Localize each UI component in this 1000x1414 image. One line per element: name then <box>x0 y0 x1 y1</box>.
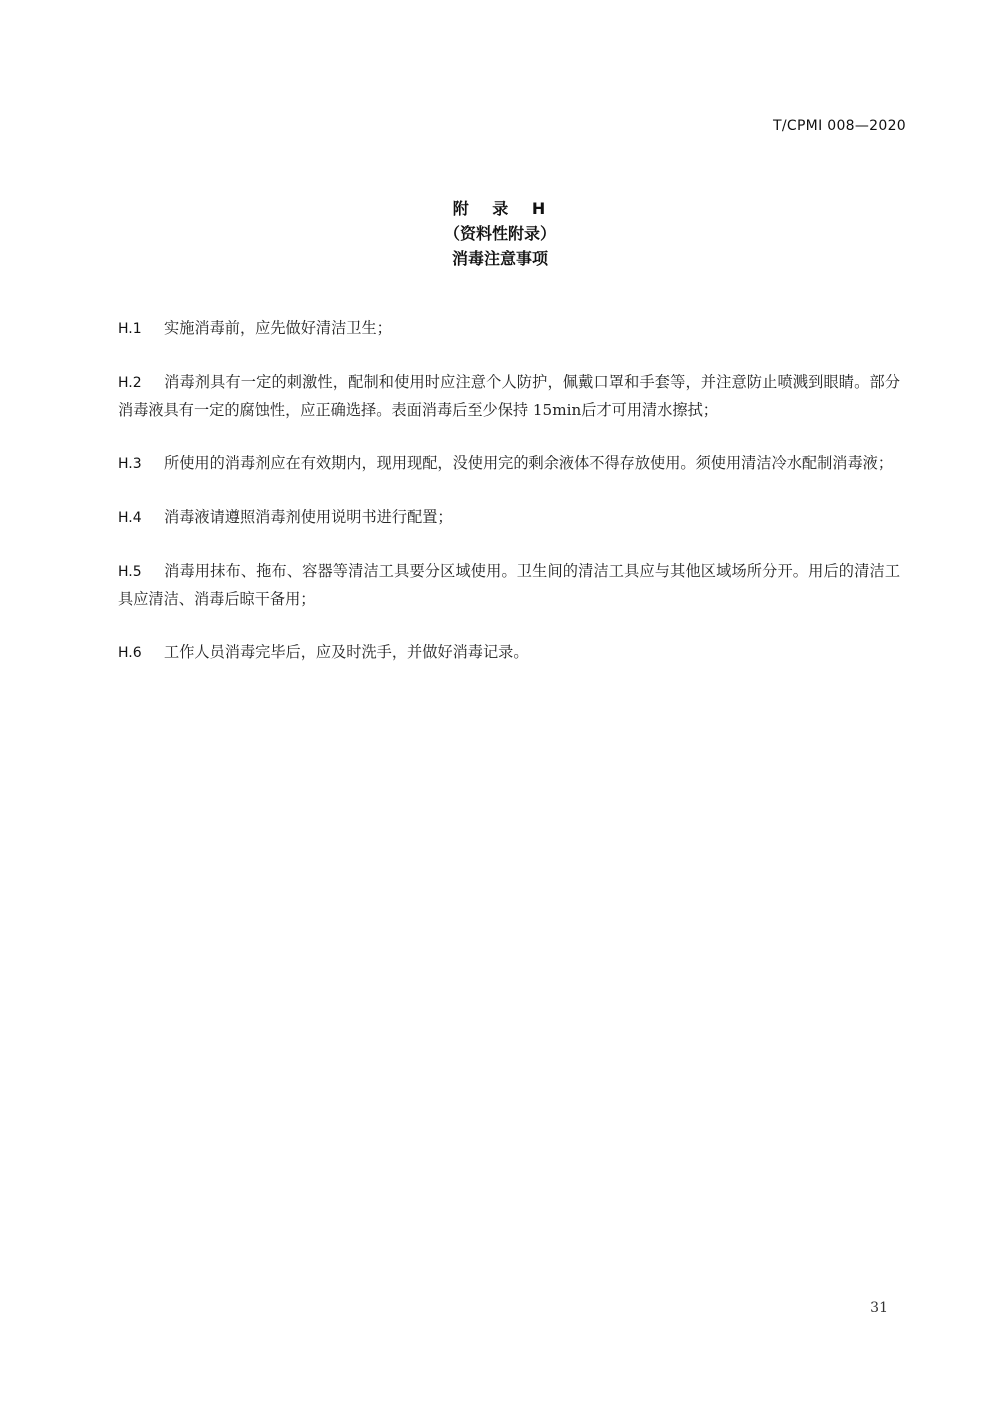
page-number: 31 <box>870 1300 888 1316</box>
appendix-title: 消毒注意事项 <box>0 246 1000 271</box>
clause-number: H.6 <box>118 640 164 667</box>
clause-number: H.5 <box>118 559 164 586</box>
clause-number: H.3 <box>118 451 164 478</box>
clause-number: H.1 <box>118 316 164 343</box>
clause-h4: H.4消毒液请遵照消毒剂使用说明书进行配置； <box>118 504 900 532</box>
standard-code: T/CPMI 008—2020 <box>773 118 906 134</box>
clause-text: 消毒用抹布、拖布、容器等清洁工具要分区域使用。卫生间的清洁工具应与其他区域场所分… <box>118 562 900 608</box>
clause-h2: H.2消毒剂具有一定的刺激性，配制和使用时应注意个人防护，佩戴口罩和手套等，并注… <box>118 369 900 424</box>
clause-text: 消毒剂具有一定的刺激性，配制和使用时应注意个人防护，佩戴口罩和手套等，并注意防止… <box>118 373 900 419</box>
clause-h6: H.6工作人员消毒完毕后，应及时洗手，并做好消毒记录。 <box>118 639 900 667</box>
clause-h1: H.1实施消毒前，应先做好清洁卫生； <box>118 315 900 343</box>
clause-h5: H.5消毒用抹布、拖布、容器等清洁工具要分区域使用。卫生间的清洁工具应与其他区域… <box>118 558 900 613</box>
clause-text: 工作人员消毒完毕后，应及时洗手，并做好消毒记录。 <box>164 643 529 661</box>
clause-text: 消毒液请遵照消毒剂使用说明书进行配置； <box>164 508 453 526</box>
clause-text: 所使用的消毒剂应在有效期内，现用现配，没使用完的剩余液体不得存放使用。须使用清洁… <box>164 454 893 472</box>
clause-text: 实施消毒前，应先做好清洁卫生； <box>164 319 392 337</box>
clause-list: H.1实施消毒前，应先做好清洁卫生； H.2消毒剂具有一定的刺激性，配制和使用时… <box>118 300 900 693</box>
clause-h3: H.3所使用的消毒剂应在有效期内，现用现配，没使用完的剩余液体不得存放使用。须使… <box>118 450 900 478</box>
clause-number: H.4 <box>118 505 164 532</box>
appendix-heading: 附 录 H （资料性附录） 消毒注意事项 <box>0 196 1000 271</box>
appendix-label: 附 录 H <box>0 196 1000 221</box>
clause-number: H.2 <box>118 370 164 397</box>
appendix-type: （资料性附录） <box>0 221 1000 246</box>
